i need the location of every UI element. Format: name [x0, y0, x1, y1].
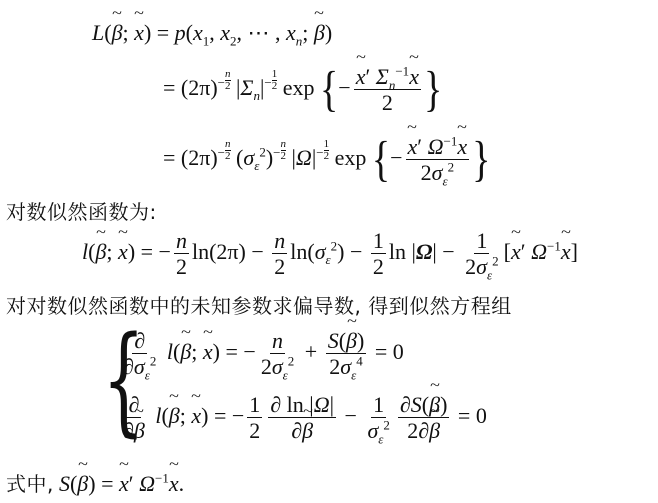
log-likelihood-equation: l(β; x) = −n2ln(2π) − n2ln(σε2) − 12ln |… — [82, 228, 578, 280]
where-label: 式中, — [6, 472, 54, 496]
likelihood-line-3: = (2π)−n2 (σε2)−n2 |Ω|−12 exp {−x′ Ω−1x2… — [163, 134, 490, 186]
likelihood-line-2: = (2π)−n2 |Σn|−12 exp {−x′ Σn−1x2} — [163, 64, 442, 116]
s-beta-definition: S(β) = x′ Ω−1x. — [59, 471, 184, 496]
log-likelihood-label: 对数似然函数为: — [6, 196, 157, 225]
where-definition: 式中, S(β) = x′ Ω−1x. — [6, 468, 184, 497]
partial-derivative-label: 对对数似然函数中的未知参数求偏导数, 得到似然方程组 — [6, 290, 512, 319]
likelihood-line-1: L(β; x) = p(x1, x2, ⋯ , xn; β) — [92, 20, 332, 46]
equation-2: ∂∂β l(β; x) = −12∂ ln |Ω|∂β − 1σε2∂S(β)2… — [118, 392, 487, 444]
equation-1: ∂∂σε2 l(β; x) = −n2σε2 + S(β)2σε4 = 0 — [118, 328, 404, 380]
